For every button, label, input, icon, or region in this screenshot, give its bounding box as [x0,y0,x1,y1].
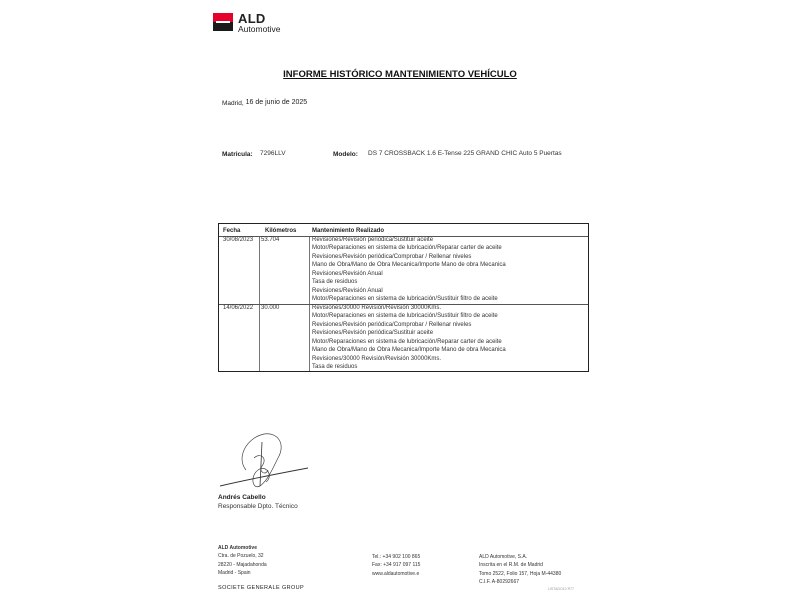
cell-mantenimiento: Revisiones/30000 Revisión/Revisión 30000… [312,356,441,362]
cell-mantenimiento: Motor/Reparaciones en sistema de lubrica… [312,313,498,319]
cell-mantenimiento: Tasa de residuos [312,364,357,370]
document-ref: LISTADO12 R77 [548,587,574,591]
footer-contact: Tel.: +34 902 100 865 Fax: +34 917 097 1… [372,553,420,578]
group-name: SOCIETE GENERALE GROUP [218,585,304,591]
footer-city: Madrid - Spain [218,569,267,577]
modelo-label: Modelo: [333,151,358,158]
cell-km: 53.704 [261,237,279,243]
document-title: INFORME HISTÓRICO MANTENIMIENTO VEHÍCULO [0,69,800,80]
cell-mantenimiento: Motor/Reparaciones en sistema de lubrica… [312,296,498,302]
cell-mantenimiento: Revisiones/Revisión Anual [312,288,383,294]
matricula-label: Matricula: [222,151,253,158]
footer-web[interactable]: www.aldautomotive.e [372,570,420,578]
header-fecha: Fecha [223,228,240,234]
cell-mantenimiento: Mano de Obra/Mano de Obra Mecanica/Impor… [312,262,506,268]
header-mant: Mantenimiento Realizado [312,228,384,234]
cell-mantenimiento: Revisiones/Revisión Anual [312,271,383,277]
cell-mantenimiento: Revisiones/Revisión periódica/Sustituir … [312,237,433,243]
ald-logo-mark [213,13,233,32]
cell-mantenimiento: Revisiones/30000 Revisión/Revisión 30000… [312,305,441,311]
cell-mantenimiento: Revisiones/Revisión periódica/Comprobar … [312,322,471,328]
footer-fax: Fax: +34 917 097 115 [372,561,420,569]
modelo-value: DS 7 CROSSBACK 1.6 E-Tense 225 GRAND CHI… [368,150,562,157]
cell-mantenimiento: Motor/Reparaciones en sistema de lubrica… [312,245,502,251]
matricula-value: 7296LLV [260,150,286,157]
footer-registry: Inscrita en el R.M. de Madrid [479,561,561,569]
header-km: Kilómetros [265,228,296,234]
date-value: 16 de junio de 2025 [246,99,308,106]
signer-name: Andrés Cabello [218,494,266,501]
cell-mantenimiento: Tasa de residuos [312,279,357,285]
footer-legal-name: ALD Automotive, S.A. [479,553,561,561]
footer-street: Ctra. de Pozuelo, 32 [218,552,267,560]
footer-postal: 28220 - Majadahonda [218,561,267,569]
signature-icon [216,430,311,492]
cell-mantenimiento: Revisiones/Revisión periódica/Comprobar … [312,254,471,260]
footer-address: ALD Automotive Ctra. de Pozuelo, 32 2822… [218,544,267,578]
footer-tomo: Tomo 2522, Folio 157, Hoja M-44380 [479,570,561,578]
document-date: Madrid, 16 de junio de 2025 [222,99,307,106]
footer-legal: ALD Automotive, S.A. Inscrita en el R.M.… [479,553,561,587]
footer-company: ALD Automotive [218,545,257,551]
brand-sub: Automotive [238,24,281,34]
cell-mantenimiento: Revisiones/Revisión periódica/Sustituir … [312,330,433,336]
cell-fecha: 30/08/2023 [223,237,253,243]
date-city: Madrid, [222,100,244,107]
cell-fecha: 14/06/2022 [223,305,253,311]
maintenance-table: Fecha Kilómetros Mantenimiento Realizado… [218,223,589,372]
cell-mantenimiento: Motor/Reparaciones en sistema de lubrica… [312,339,502,345]
signer-role: Responsable Dpto. Técnico [218,503,298,510]
cell-mantenimiento: Mano de Obra/Mano de Obra Mecanica/Impor… [312,347,506,353]
footer-tel: Tel.: +34 902 100 865 [372,553,420,561]
footer-cif: C.I.F. A-80292667 [479,578,561,586]
cell-km: 30.000 [261,305,279,311]
